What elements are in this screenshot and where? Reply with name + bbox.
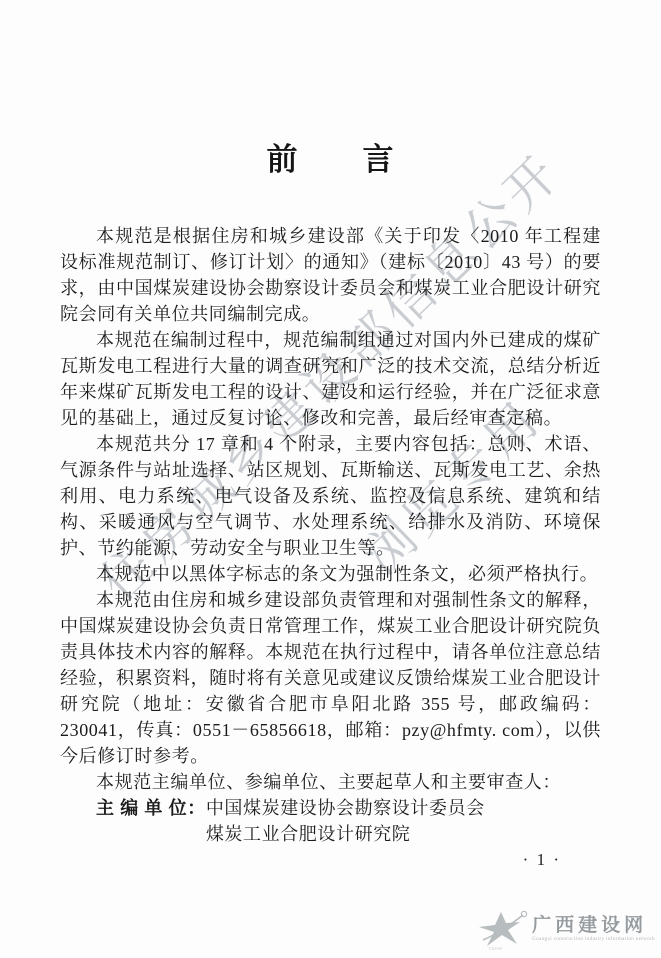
chief-editor-unit-2: 煤炭工业合肥设计研究院 — [206, 821, 485, 847]
paragraph-5: 本规范由住房和城乡建设部负责管理和对强制性条文的解释，中国煤炭建设协会负责日常管… — [60, 587, 601, 769]
chief-editor-unit-1: 中国煤炭建设协会勘察设计委员会 — [206, 795, 485, 821]
chief-editor-label-text: 主 编 单 位 — [96, 798, 187, 818]
star-swoosh-icon: GXJSW — [477, 906, 529, 952]
page-title: 前 言 — [60, 134, 601, 179]
site-logo: GXJSW 广西建设网 Guangxi construction industr… — [477, 906, 655, 952]
paragraph-2: 本规范在编制过程中，规范编制组通过对国内外已建成的煤矿瓦斯发电工程进行大量的调查… — [60, 327, 601, 431]
paragraph-3: 本规范共分 17 章和 4 个附录，主要内容包括：总则、术语、气源条件与站址选择… — [60, 431, 601, 561]
paragraph-4: 本规范中以黑体字标志的条文为强制性条文，必须严格执行。 — [60, 561, 601, 587]
paragraph-1: 本规范是根据住房和城乡建设部《关于印发〈2010 年工程建设标准规范制订、修订计… — [60, 223, 601, 327]
logo-site-name: 广西建设网 — [532, 916, 655, 936]
chief-editor-units: 中国煤炭建设协会勘察设计委员会 煤炭工业合肥设计研究院 — [206, 795, 485, 847]
document-page: 住房城乡建设部信息公开 浏览专用 前 言 本规范是根据住房和城乡建设部《关于印发… — [0, 0, 661, 958]
chief-editor-colon: ： — [187, 798, 206, 818]
star-icon-small-text: GXJSW — [489, 947, 503, 951]
paragraph-6: 本规范主编单位、参编单位、主要起草人和主要审查人： — [60, 769, 601, 795]
chief-editor-label: 主 编 单 位： — [96, 795, 206, 821]
logo-tagline: Guangxi construction industry informatio… — [532, 936, 655, 943]
page-number: · 1 · — [523, 850, 561, 870]
chief-editor-row: 主 编 单 位： 中国煤炭建设协会勘察设计委员会 煤炭工业合肥设计研究院 — [60, 795, 601, 847]
logo-text-block: 广西建设网 Guangxi construction industry info… — [532, 916, 655, 943]
page-content: 前 言 本规范是根据住房和城乡建设部《关于印发〈2010 年工程建设标准规范制订… — [60, 134, 601, 847]
